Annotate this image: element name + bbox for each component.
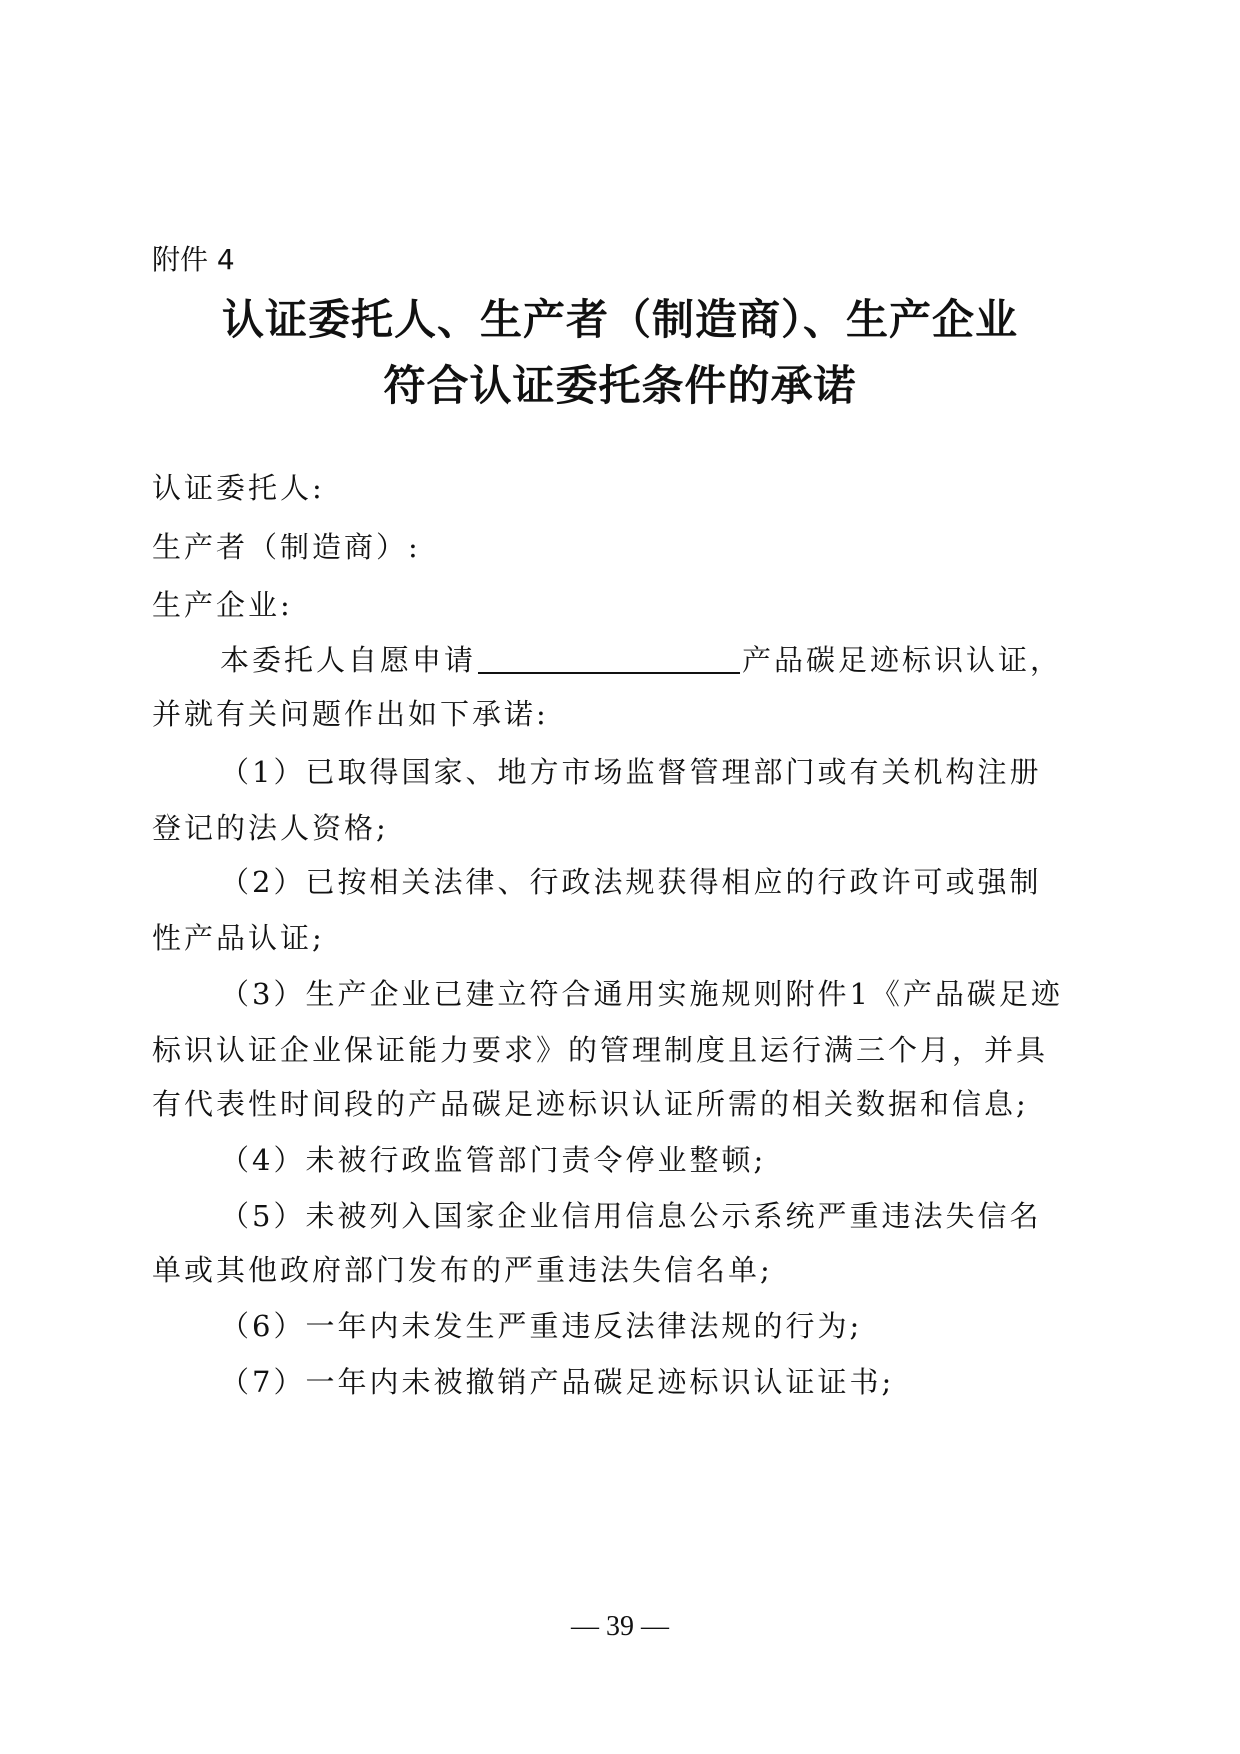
attachment-label: 附件 4: [152, 242, 235, 278]
document-title-line-2: 符合认证委托条件的承诺: [0, 360, 1240, 412]
product-name-blank[interactable]: [478, 642, 740, 674]
intro-paragraph-line-1: 本委托人自愿申请产品碳足迹标识认证，: [220, 640, 1062, 680]
intro-paragraph-line-2: 并就有关问题作出如下承诺:: [152, 694, 549, 734]
commitment-6-line-1: （6）一年内未发生严重违反法律法规的行为;: [220, 1306, 862, 1346]
field-factory-label: 生产企业:: [152, 585, 293, 625]
commitment-4-line-1: （4）未被行政监管部门责令停业整顿;: [220, 1140, 766, 1180]
commitment-1-line-2: 登记的法人资格;: [152, 808, 389, 848]
commitment-1-line-1: （1）已取得国家、地方市场监督管理部门或有关机构注册: [220, 752, 1041, 792]
commitment-3-line-2: 标识认证企业保证能力要求》的管理制度且运行满三个月，并具: [152, 1030, 1048, 1070]
commitment-2-line-1: （2）已按相关法律、行政法规获得相应的行政许可或强制: [220, 862, 1041, 902]
commitment-3-line-3: 有代表性时间段的产品碳足迹标识认证所需的相关数据和信息;: [152, 1084, 1029, 1124]
intro-before-blank: 本委托人自愿申请: [220, 643, 476, 677]
document-title-line-1: 认证委托人、生产者（制造商）、生产企业: [0, 294, 1240, 346]
commitment-5-line-2: 单或其他政府部门发布的严重违法失信名单;: [152, 1250, 773, 1290]
commitment-5-line-1: （5）未被列入国家企业信用信息公示系统严重违法失信名: [220, 1196, 1041, 1236]
commitment-3-line-1: （3）生产企业已建立符合通用实施规则附件1《产品碳足迹: [220, 974, 1063, 1014]
document-page: 附件 4 认证委托人、生产者（制造商）、生产企业 符合认证委托条件的承诺 认证委…: [0, 0, 1240, 1754]
intro-after-blank: 产品碳足迹标识认证，: [742, 643, 1062, 677]
commitment-2-line-2: 性产品认证;: [152, 918, 325, 958]
commitment-7-line-1: （7）一年内未被撤销产品碳足迹标识认证证书;: [220, 1362, 894, 1402]
field-manufacturer-label: 生产者（制造商）:: [152, 527, 421, 567]
field-client-label: 认证委托人:: [152, 468, 325, 508]
page-number: — 39 —: [0, 1609, 1240, 1645]
